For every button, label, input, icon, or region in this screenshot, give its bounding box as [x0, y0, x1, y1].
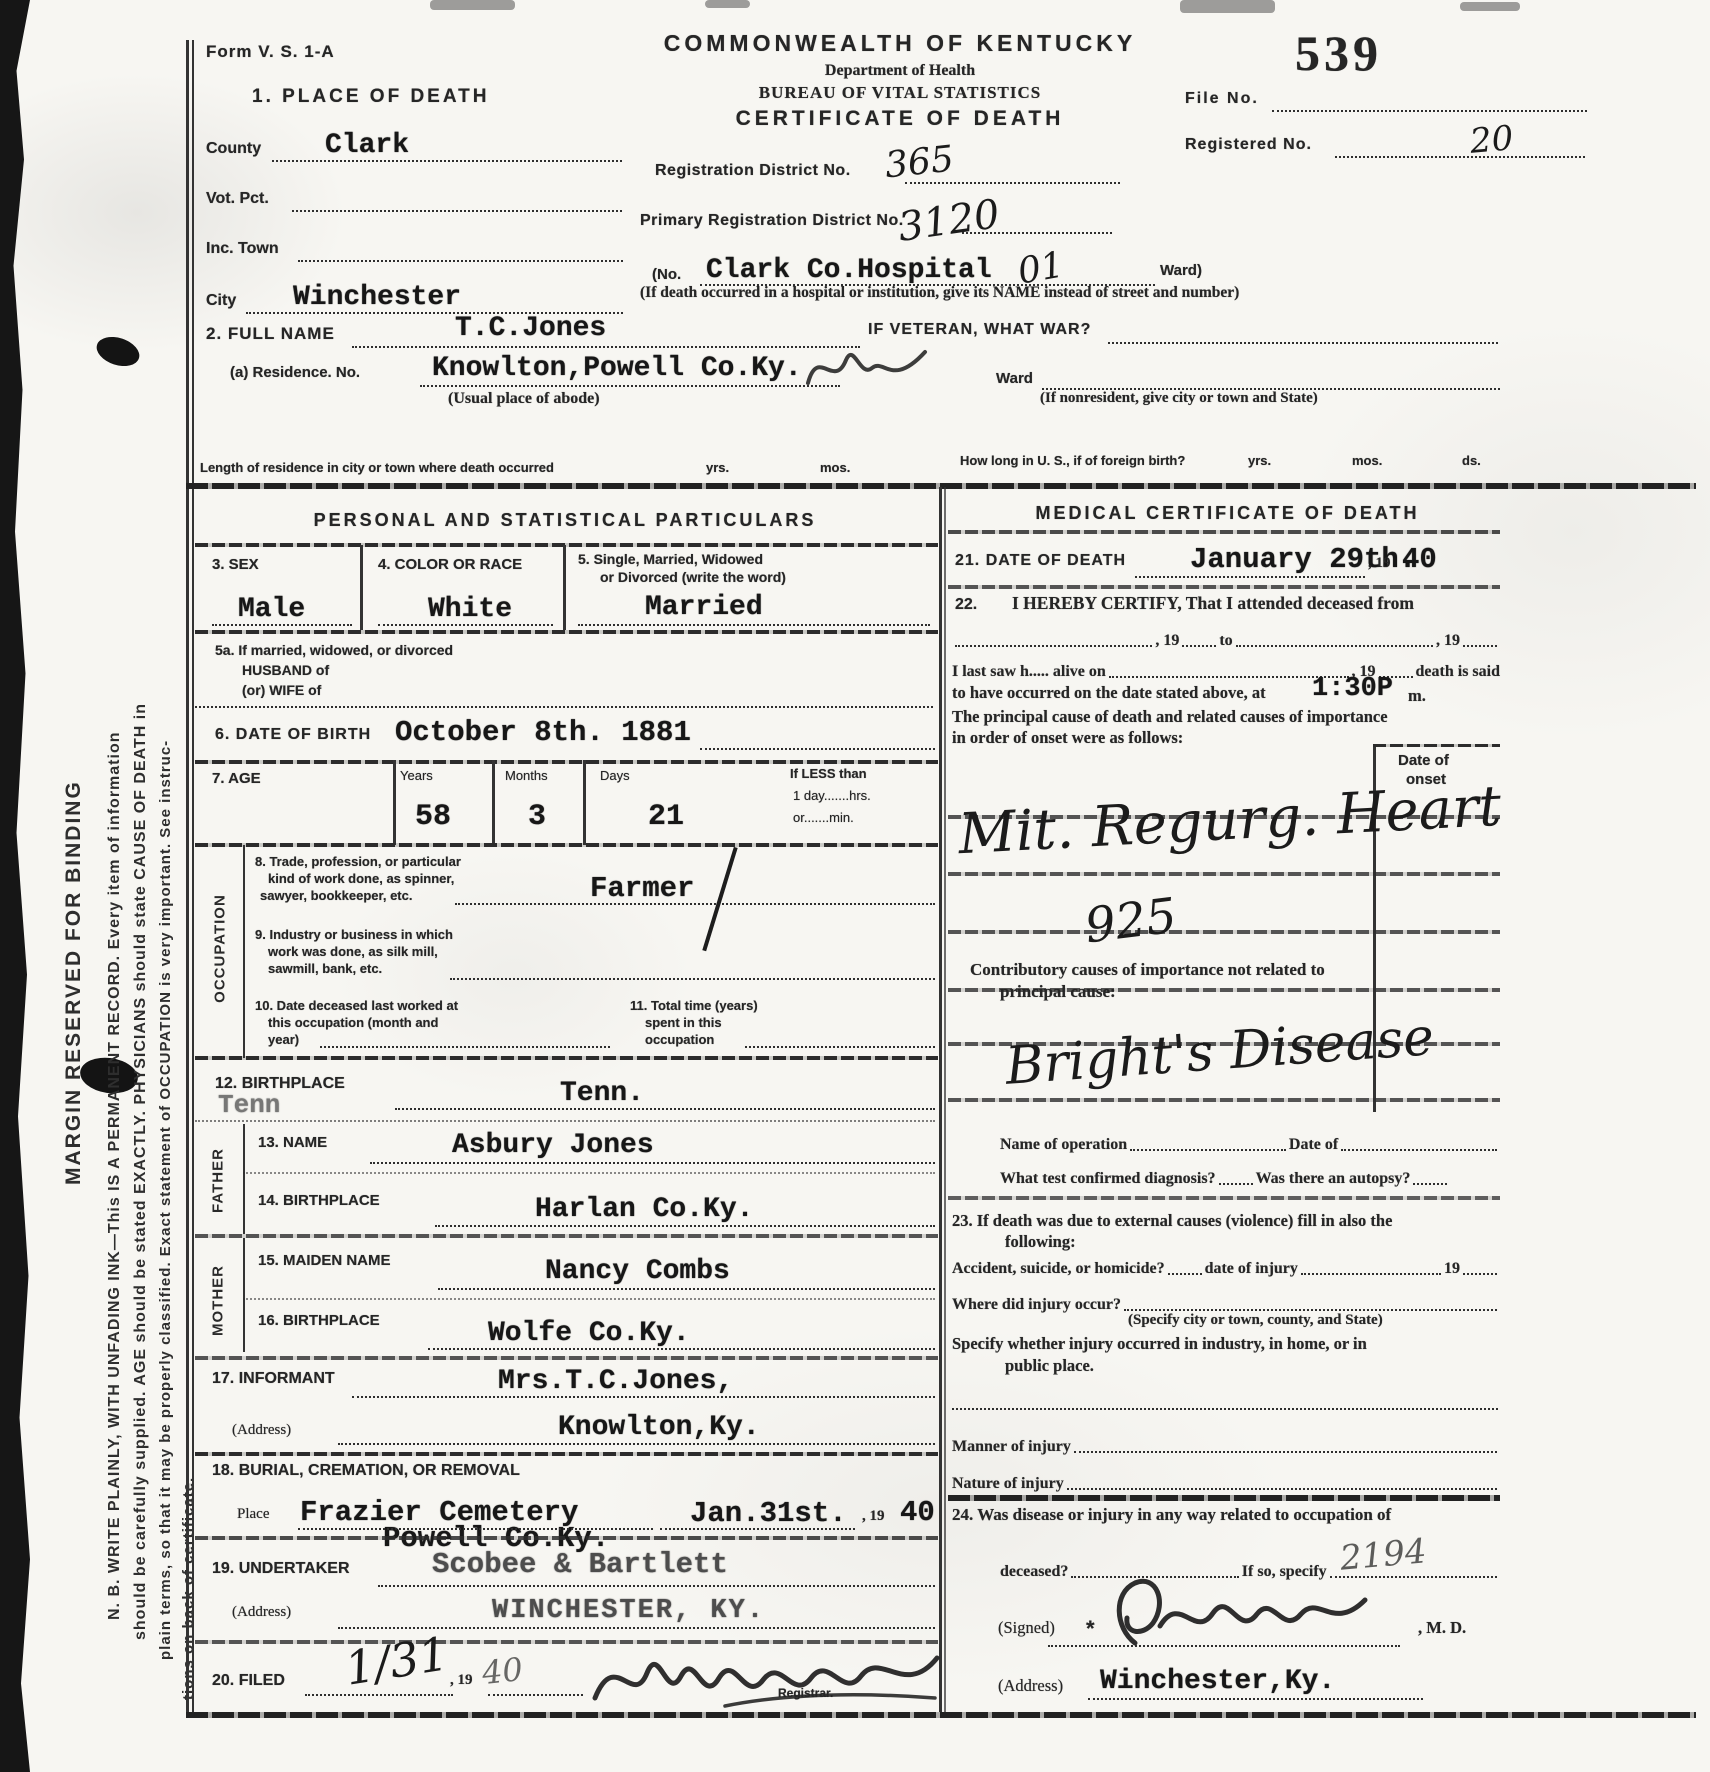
cell-divider	[583, 760, 586, 845]
days-label: Days	[600, 768, 630, 783]
item10-label-1: 10. Date deceased last worked at	[255, 998, 458, 1013]
dotted-fill	[955, 645, 1152, 647]
commonwealth-title: COMMONWEALTH OF KENTUCKY	[640, 30, 1160, 57]
item11-label-2: spent in this	[645, 1015, 722, 1030]
dod-19: , 19	[1368, 555, 1391, 572]
father-side-label: FATHER	[210, 1136, 227, 1226]
certify-19a: , 19	[1155, 632, 1179, 650]
residence-label: (a) Residence. No.	[230, 364, 360, 381]
injury-date-label: date of injury	[1205, 1260, 1298, 1278]
years-label: Years	[400, 768, 433, 783]
dotted-line	[450, 978, 935, 980]
dotted-line	[745, 1046, 935, 1048]
father-birthplace-label: 14. BIRTHPLACE	[258, 1192, 380, 1209]
occupation-value: Farmer	[590, 872, 694, 905]
dotted-line	[660, 1528, 855, 1530]
item5a-label: 5a. If married, widowed, or divorced	[215, 642, 453, 658]
mother-divider	[243, 1238, 245, 1352]
contributory-line1: Contributory causes of importance not re…	[970, 960, 1325, 980]
filed-date-value: 1/31	[341, 1626, 451, 1695]
nonresident-note: (If nonresident, give city or town and S…	[1040, 390, 1318, 407]
margin-note-line1: N. B. WRITE PLAINLY, WITH UNFADING INK—T…	[106, 732, 124, 1621]
ward2-label: Ward	[996, 370, 1033, 387]
occurred-m: m.	[1408, 686, 1426, 706]
certify-number: 22.	[955, 596, 977, 614]
filed-label: 20. FILED	[212, 1672, 285, 1690]
dotted-fill	[1413, 1183, 1447, 1185]
yrs-label: yrs.	[706, 460, 729, 475]
informant-address-value: Knowlton,Ky.	[558, 1412, 760, 1443]
dotted-line	[905, 182, 1120, 184]
city-label: City	[206, 292, 236, 310]
veteran-label: IF VETERAN, WHAT WAR?	[868, 321, 1091, 339]
marital-value: Married	[645, 592, 763, 623]
registrar-signature	[585, 1628, 945, 1720]
where-injury-label: Where did injury occur?	[952, 1296, 1121, 1314]
rule	[948, 930, 1500, 934]
mother-maiden-label: 15. MAIDEN NAME	[258, 1252, 391, 1269]
certificate-number: 539	[1295, 24, 1382, 82]
dotted-line	[435, 1225, 935, 1227]
rule	[948, 872, 1500, 876]
mother-birthplace-label: 16. BIRTHPLACE	[258, 1312, 380, 1329]
last-saw-tail: death is said	[1416, 663, 1500, 681]
birthplace-ghost: Tenn	[218, 1090, 280, 1120]
mother-side-label: MOTHER	[210, 1253, 227, 1349]
rule	[195, 1356, 938, 1360]
dod-year-value: 40	[1402, 543, 1437, 576]
rule	[948, 1098, 1500, 1102]
manner-injury-label: Manner of injury	[952, 1438, 1071, 1456]
nature-injury-row: Nature of injury	[952, 1467, 1500, 1493]
sex-label: 3. SEX	[212, 556, 259, 573]
age-days-value: 21	[648, 800, 684, 834]
dotted-line	[298, 1528, 653, 1530]
dotted-line	[305, 1694, 453, 1696]
place-of-death-title: 1. PLACE OF DEATH	[252, 86, 490, 108]
item9-label-1: 9. Industry or business in which	[255, 927, 453, 942]
item24-statement: 24. Was disease or injury in any way rel…	[952, 1505, 1391, 1525]
rule	[948, 1196, 1500, 1200]
reg-district-label: Registration District No.	[655, 162, 851, 180]
operation-row: Name of operation Date of	[1000, 1128, 1500, 1154]
handwritten-slash	[702, 847, 737, 951]
occurred-statement: to have occurred on the date stated abov…	[952, 683, 1266, 703]
item23-line2: following:	[1005, 1232, 1076, 1252]
mos-label: mos.	[820, 460, 850, 475]
item11-label-1: 11. Total time (years)	[630, 998, 758, 1013]
where-injury-note: (Specify city or town, county, and State…	[1128, 1312, 1383, 1329]
dotted-fill	[1067, 1488, 1497, 1490]
nature-injury-label: Nature of injury	[952, 1475, 1064, 1493]
time-of-death-value: 1:30P	[1312, 674, 1393, 704]
dotted-line	[578, 624, 930, 626]
sex-value: Male	[238, 594, 305, 625]
physician-address-label: (Address)	[998, 1676, 1063, 1696]
scan-smudge	[1180, 0, 1275, 13]
certify-statement: I HEREBY CERTIFY, That I attended deceas…	[1012, 593, 1414, 614]
dotted-fill	[1074, 1451, 1497, 1453]
margin-note-line2: should be carefully supplied. AGE should…	[132, 703, 150, 1640]
color-value: White	[428, 594, 512, 625]
form-number: Form V. S. 1-A	[206, 42, 335, 62]
dotted-line	[195, 706, 933, 708]
physician-signature	[1105, 1568, 1375, 1658]
rule	[195, 843, 938, 847]
test-autopsy-row: What test confirmed diagnosis? Was there…	[1000, 1162, 1500, 1188]
md-label: , M. D.	[1418, 1618, 1466, 1638]
dotted-line	[438, 1288, 935, 1290]
father-birthplace-value: Harlan Co.Ky.	[535, 1194, 753, 1225]
undertaker-address-value: WINCHESTER, KY.	[492, 1596, 765, 1626]
father-divider	[243, 1124, 245, 1234]
dotted-line	[298, 260, 623, 262]
death-certificate-scan: MARGIN RESERVED FOR BINDING N. B. WRITE …	[0, 0, 1710, 1772]
contributory-handwriting: Bright's Disease	[1003, 1007, 1435, 1097]
accident-label: Accident, suicide, or homicide?	[952, 1260, 1165, 1278]
rule	[195, 1536, 938, 1540]
column-divider	[944, 487, 946, 1712]
cell-divider	[393, 760, 396, 845]
if-less-label-2: 1 day.......hrs.	[793, 788, 871, 803]
marital-label-1: 5. Single, Married, Widowed	[578, 551, 763, 567]
abode-note: (Usual place of abode)	[448, 390, 600, 408]
primary-district-label: Primary Registration District No.	[640, 212, 904, 230]
principal-cause-line1: The principal cause of death and related…	[952, 707, 1388, 727]
filed-year-value: 40	[480, 1650, 524, 1692]
hospital-note: (If death occurred in a hospital or inst…	[640, 284, 1239, 302]
item9-label-3: sawmill, bank, etc.	[268, 961, 382, 976]
hospital-no-label: (No.	[652, 266, 681, 283]
dotted-line	[395, 1108, 935, 1110]
scan-smudge	[1460, 2, 1520, 11]
onset-box-top	[1373, 744, 1500, 747]
occupation-divider	[243, 845, 245, 1058]
item8-label-1: 8. Trade, profession, or particular	[255, 854, 461, 869]
father-name-value: Asbury Jones	[452, 1130, 654, 1161]
dotted-line	[1135, 576, 1365, 578]
autopsy-label: Was there an autopsy?	[1256, 1170, 1411, 1188]
dotted-line	[1335, 156, 1585, 158]
margin-binding-note: MARGIN RESERVED FOR BINDING	[62, 780, 86, 1185]
dotted-fill	[1463, 645, 1497, 647]
personal-section-heading: PERSONAL AND STATISTICAL PARTICULARS	[195, 510, 935, 531]
certify-dates-row: , 19 to , 19	[952, 624, 1500, 650]
rule	[195, 760, 938, 764]
full-name-value: T.C.Jones	[455, 313, 606, 344]
dotted-line	[370, 1162, 935, 1164]
dotted-fill	[1463, 1273, 1497, 1275]
dotted-line	[352, 1396, 935, 1398]
dotted-fill	[1182, 645, 1216, 647]
rule	[195, 630, 938, 634]
injury-19: 19	[1444, 1260, 1460, 1278]
dotted-fill	[1124, 1309, 1497, 1311]
column-divider	[939, 487, 942, 1712]
scan-smudge	[705, 0, 750, 8]
dotted-line	[455, 903, 935, 905]
months-label: Months	[505, 768, 548, 783]
registrar-label: Registrar.	[778, 1686, 833, 1700]
onset-label-1: Date of	[1398, 752, 1449, 769]
mother-birthplace-value: Wolfe Co.Ky.	[488, 1318, 690, 1349]
last-saw-label: I last saw h..... alive on	[952, 663, 1106, 681]
undertaker-address-label: (Address)	[232, 1604, 291, 1621]
scan-smudge	[430, 0, 515, 10]
residence-scribble	[800, 338, 930, 396]
father-name-label: 13. NAME	[258, 1134, 327, 1151]
dotted-line	[378, 1585, 935, 1587]
rule	[195, 543, 938, 547]
occupation-side-label: OCCUPATION	[212, 889, 229, 1009]
bureau-subtitle: BUREAU OF VITAL STATISTICS	[640, 83, 1160, 103]
scan-binding-edge	[0, 0, 30, 1772]
ward-label: Ward)	[1160, 262, 1202, 279]
hospital-value: Clark Co.Hospital	[706, 255, 992, 286]
dotted-line	[1088, 1698, 1423, 1700]
primary-district-value: 3120	[895, 191, 1002, 251]
file-no-label: File No.	[1185, 90, 1259, 108]
operation-label: Name of operation	[1000, 1136, 1127, 1154]
full-name-label: 2. FULL NAME	[206, 324, 335, 344]
wife-of-label: (or) WIFE of	[242, 682, 321, 698]
cell-divider	[563, 545, 566, 630]
specify-line1: Specify whether injury occurred in indus…	[952, 1334, 1367, 1354]
burial-label: 18. BURIAL, CREMATION, OR REMOVAL	[212, 1462, 520, 1480]
birthplace-value: Tenn.	[560, 1078, 644, 1109]
dotted-line	[272, 160, 622, 162]
cell-divider	[492, 760, 495, 845]
husband-of-label: HUSBAND of	[242, 662, 329, 678]
residence-value: Knowlton,Powell Co.Ky.	[432, 353, 802, 384]
ds-label: ds.	[1462, 453, 1481, 468]
deceased-question: deceased?	[1000, 1563, 1068, 1581]
certify-to: to	[1219, 632, 1232, 650]
burial-year-19: , 19	[862, 1508, 885, 1525]
reg-district-value: 365	[883, 139, 956, 187]
county-label: County	[206, 140, 261, 158]
dotted-line	[378, 624, 553, 626]
hole-punch	[93, 332, 143, 371]
if-less-label-1: If LESS than	[790, 766, 867, 781]
item8-label-3: sawyer, bookkeeper, etc.	[260, 888, 412, 903]
cause-of-death-handwriting: Mit. Regurg. Heart	[957, 774, 1503, 867]
informant-address-label: (Address)	[232, 1422, 291, 1439]
informant-value: Mrs.T.C.Jones,	[498, 1366, 733, 1397]
signed-label: (Signed)	[998, 1618, 1055, 1638]
color-label: 4. COLOR OR RACE	[378, 556, 522, 573]
item9-label-2: work was done, as silk mill,	[268, 944, 438, 959]
rule	[195, 1452, 938, 1456]
certify-19b: , 19	[1436, 632, 1460, 650]
dotted-line	[1272, 110, 1587, 112]
dotted-line	[195, 1120, 935, 1122]
item8-label-2: kind of work done, as spinner,	[268, 871, 454, 886]
burial-date-value: Jan.31st.	[690, 1497, 847, 1530]
marital-label-2: or Divorced (write the word)	[600, 569, 786, 585]
age-label: 7. AGE	[212, 770, 261, 787]
county-value: Clark	[325, 130, 409, 161]
rule	[948, 1495, 1500, 1501]
age-months-value: 3	[528, 800, 546, 834]
signed-star: *	[1086, 1616, 1095, 1642]
dotted-fill	[1219, 1183, 1253, 1185]
filed-19: , 19	[450, 1672, 473, 1689]
date-of-death-label: 21. DATE OF DEATH	[955, 552, 1126, 570]
manner-injury-row: Manner of injury	[952, 1430, 1500, 1456]
inc-town-label: Inc. Town	[206, 240, 279, 258]
mother-maiden-value: Nancy Combs	[545, 1256, 730, 1287]
margin-note-line4: tions on back of certificate.	[180, 1477, 197, 1700]
margin-note-line3: plain terms, so that it may be properly …	[157, 740, 174, 1660]
undertaker-label: 19. UNDERTAKER	[212, 1560, 350, 1578]
dotted-line	[292, 210, 622, 212]
burial-year-value: 40	[900, 1496, 935, 1529]
contributory-line2: principal cause:	[1000, 982, 1116, 1002]
where-injury-row: Where did injury occur?	[952, 1288, 1500, 1314]
item10-label-3: year)	[268, 1032, 299, 1047]
dotted-fill	[1168, 1273, 1202, 1275]
city-value: Winchester	[293, 282, 461, 313]
last-saw-row: I last saw h..... alive on , 19 death is…	[952, 655, 1500, 681]
dotted-line	[700, 748, 935, 750]
dotted-line	[212, 624, 352, 626]
item10-label-2: this occupation (month and	[268, 1015, 438, 1030]
operation-date-label: Date of	[1289, 1136, 1338, 1154]
dotted-fill	[1301, 1273, 1441, 1275]
dotted-fill	[1130, 1149, 1286, 1151]
age-years-value: 58	[415, 800, 451, 834]
cell-divider	[360, 545, 363, 630]
dotted-line	[243, 1298, 935, 1300]
dotted-line	[420, 385, 840, 387]
burial-place-label: Place	[237, 1506, 269, 1523]
if-less-label-3: or.......min.	[793, 810, 854, 825]
length-of-residence-label: Length of residence in city or town wher…	[200, 460, 554, 475]
rule	[948, 585, 1500, 589]
accident-row: Accident, suicide, or homicide? date of …	[952, 1252, 1500, 1278]
dotted-line	[428, 1348, 935, 1350]
dotted-line	[243, 1172, 935, 1174]
medical-section-heading: MEDICAL CERTIFICATE OF DEATH	[950, 503, 1505, 524]
form-left-rule	[186, 40, 189, 1716]
dotted-line	[352, 346, 860, 348]
dotted-line	[320, 1046, 610, 1048]
item23-line1: 23. If death was due to external causes …	[952, 1211, 1392, 1231]
physician-address-value: Winchester,Ky.	[1100, 1666, 1335, 1697]
informant-label: 17. INFORMANT	[212, 1370, 335, 1388]
certificate-title: CERTIFICATE OF DEATH	[640, 107, 1160, 131]
registered-no-label: Registered No.	[1185, 136, 1312, 154]
principal-cause-line2: in order of onset were as follows:	[952, 728, 1183, 748]
department-subtitle: Department of Health	[640, 62, 1160, 80]
dotted-line	[488, 1694, 583, 1696]
registered-no-value: 20	[1468, 118, 1515, 162]
rule	[948, 530, 1500, 534]
cause-code-handwriting: 925	[1082, 888, 1180, 955]
rule	[195, 1234, 938, 1238]
dotted-line	[952, 1408, 1498, 1410]
undertaker-value: Scobee & Bartlett	[432, 1548, 728, 1581]
specify-line2: public place.	[1005, 1356, 1094, 1376]
test-label: What test confirmed diagnosis?	[1000, 1170, 1216, 1188]
item11-label-3: occupation	[645, 1032, 714, 1047]
form-left-rule	[192, 40, 194, 1716]
dotted-line	[1108, 342, 1498, 344]
yrs-label: yrs.	[1248, 453, 1271, 468]
dob-value: October 8th. 1881	[395, 716, 691, 749]
mos-label: mos.	[1352, 453, 1382, 468]
vot-pct-label: Vot. Pct.	[206, 190, 269, 208]
dotted-line	[338, 1443, 935, 1445]
rule	[195, 1056, 938, 1060]
dotted-fill	[1341, 1149, 1497, 1151]
dotted-fill	[1236, 645, 1433, 647]
howlong-label: How long in U. S., if of foreign birth?	[960, 453, 1185, 468]
dob-label: 6. DATE OF BIRTH	[215, 726, 371, 744]
